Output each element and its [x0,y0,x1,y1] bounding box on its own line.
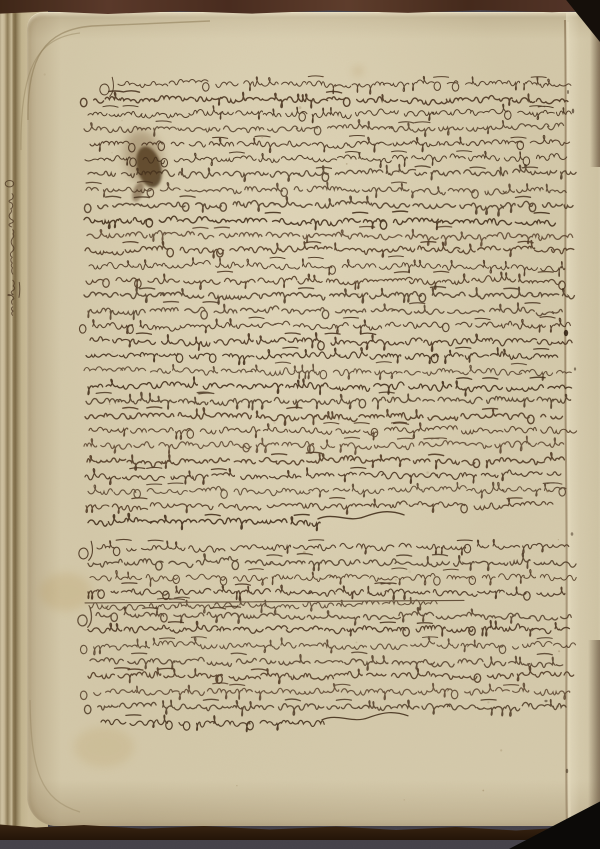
ink-speck [571,532,574,536]
freckle [482,790,484,792]
ink-stain [74,727,134,767]
freckle [236,785,237,786]
handwritten-line [5,180,19,315]
freckle [273,422,275,424]
freckle [500,749,502,751]
freckle [111,152,113,154]
freckle [357,293,359,295]
freckle [121,120,122,121]
ink-stain [353,67,363,75]
freckle [546,490,549,493]
ink-speck [566,769,568,773]
freckle [426,471,429,474]
ink-speck [567,90,569,94]
freckle [109,403,111,405]
manuscript-photo [0,0,600,849]
ink-speck [544,700,547,702]
ink-speck [564,330,568,336]
handwriting-ink-layer [0,0,600,849]
freckle [356,642,358,644]
freckle [487,701,489,703]
freckle [231,596,233,598]
ink-speck [574,367,576,370]
ink-stain [40,573,92,611]
freckle [404,799,405,800]
freckle [299,106,302,109]
freckle [346,163,348,165]
freckle [321,76,323,78]
ink-speck [572,109,574,114]
freckle [261,137,262,138]
freckle [558,539,559,540]
freckle [111,351,113,353]
freckle [558,650,560,652]
freckle [395,579,397,581]
freckle [44,73,46,75]
freckle [254,635,255,636]
margin-note [5,180,19,315]
freckle [408,570,411,573]
freckle [303,551,306,554]
